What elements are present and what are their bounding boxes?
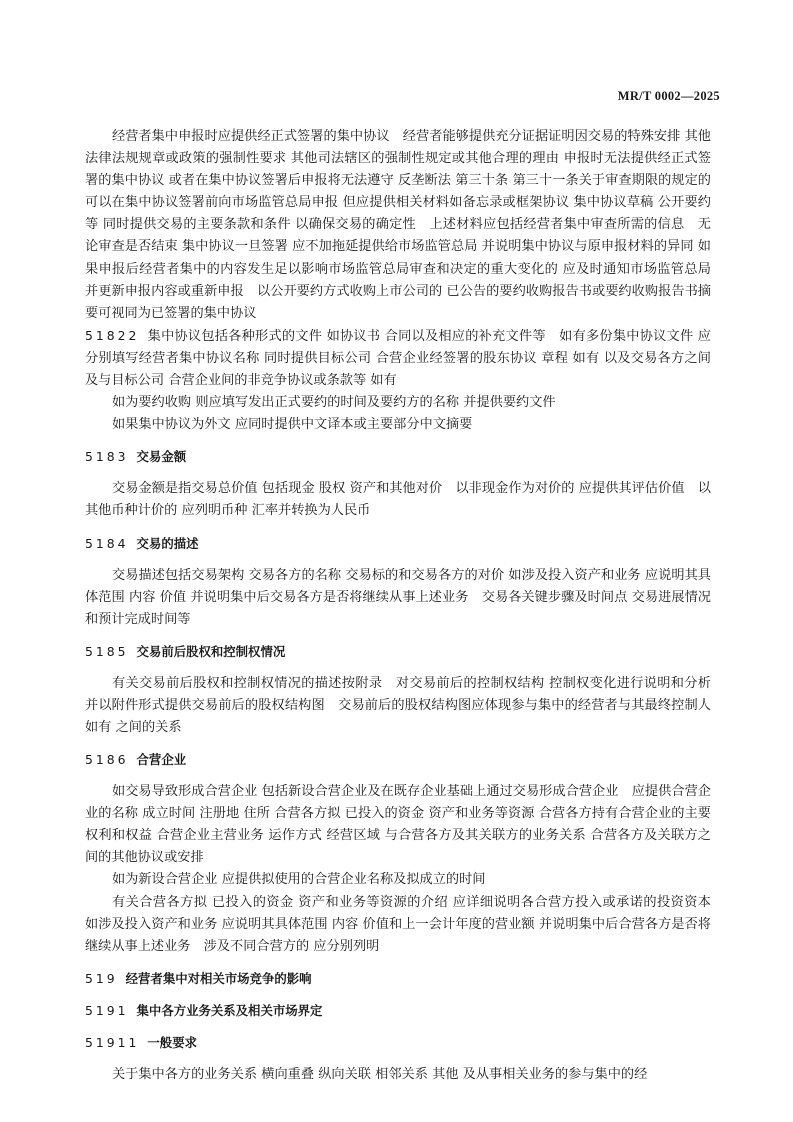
paragraph-transaction-description: 交易描述包括交易架构 交易各方的名称 交易标的和交易各方的对价 如涉及投入资产和… <box>85 565 711 631</box>
paragraph-new-joint-venture: 如为新设合营企业 应提供拟使用的合营企业名称及拟成立的时间 <box>85 869 711 891</box>
paragraph-joint-venture-resources: 有关合营各方拟 已投入的资金 资产和业务等资源的介绍 应详细说明各合营方投入或承… <box>85 892 711 958</box>
section-heading-5186: 5186合营企业 <box>85 749 711 771</box>
paragraph-agreement-submission: 经营者集中申报时应提供经正式签署的集中协议 经营者能够提供充分证据证明因交易的特… <box>85 126 711 325</box>
paragraph-equity-control: 有关交易前后股权和控制权情况的描述按附录 对交易前后的控制权结构 控制权变化进行… <box>85 673 711 739</box>
section-title: 经营者集中对相关市场竞争的影响 <box>126 971 312 986</box>
section-heading-5184: 5184交易的描述 <box>85 533 711 555</box>
clause-text: 集中协议包括各种形式的文件 如协议书 合同以及相应的补充文件等 如有多份集中协议… <box>85 329 711 388</box>
section-number: 519 <box>85 971 118 986</box>
section-number: 5184 <box>85 536 129 551</box>
section-number: 51911 <box>85 1035 139 1050</box>
section-title: 交易前后股权和控制权情况 <box>137 644 286 659</box>
paragraph-tender-offer: 如为要约收购 则应填写发出正式要约的时间及要约方的名称 并提供要约文件 <box>85 392 711 414</box>
section-number: 5191 <box>85 1003 129 1018</box>
document-body: 经营者集中申报时应提供经正式签署的集中协议 经营者能够提供充分证据证明因交易的特… <box>85 126 711 1086</box>
paragraph-joint-venture: 如交易导致形成合营企业 包括新设合营企业及在既存企业基础上通过交易形成合营企业 … <box>85 781 711 869</box>
section-title: 合营企业 <box>137 752 187 767</box>
section-heading-5191: 5191集中各方业务关系及相关市场界定 <box>85 1000 711 1022</box>
paragraph-foreign-language: 如果集中协议为外文 应同时提供中文译本或主要部分中文摘要 <box>85 414 711 436</box>
section-heading-519: 519经营者集中对相关市场竞争的影响 <box>85 968 711 990</box>
section-title: 集中各方业务关系及相关市场界定 <box>137 1003 323 1018</box>
paragraph-transaction-amount: 交易金额是指交易总价值 包括现金 股权 资产和其他对价 以非现金作为对价的 应提… <box>85 478 711 522</box>
section-title: 一般要求 <box>147 1035 197 1050</box>
section-number: 5186 <box>85 752 129 767</box>
section-number: 5183 <box>85 449 129 464</box>
section-title: 交易金额 <box>137 449 187 464</box>
section-heading-5185: 5185交易前后股权和控制权情况 <box>85 641 711 663</box>
document-code: MR/T 0002—2025 <box>618 89 720 104</box>
section-title: 交易的描述 <box>137 536 199 551</box>
clause-number: 51822 <box>85 328 139 343</box>
paragraph-general-requirements: 关于集中各方的业务关系 横向重叠 纵向关联 相邻关系 其他 及从事相关业务的参与… <box>85 1064 711 1086</box>
section-heading-51911: 51911一般要求 <box>85 1032 711 1054</box>
clause-51822: 51822集中协议包括各种形式的文件 如协议书 合同以及相应的补充文件等 如有多… <box>85 325 711 392</box>
section-heading-5183: 5183交易金额 <box>85 446 711 468</box>
section-number: 5185 <box>85 644 129 659</box>
